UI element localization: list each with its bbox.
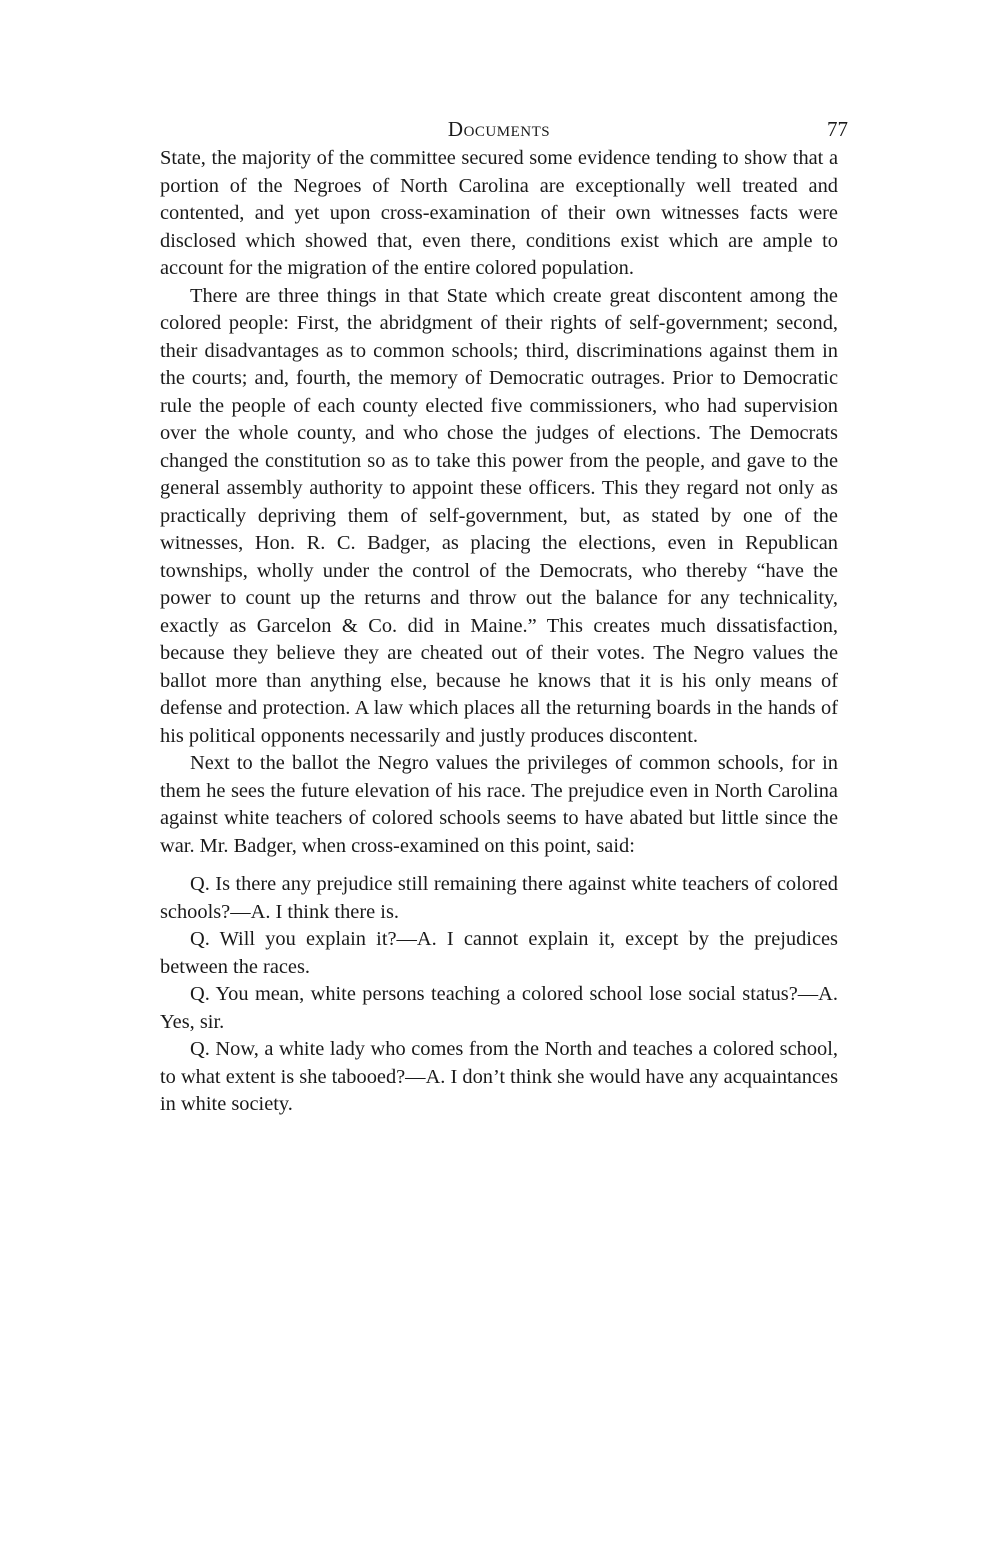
- testimony-qa-4: Q. Now, a white lady who comes from the …: [160, 1036, 838, 1119]
- testimony-block: Q. Is there any prejudice still remainin…: [160, 871, 838, 1119]
- page-number: 77: [827, 114, 848, 144]
- testimony-qa-1: Q. Is there any prejudice still remainin…: [160, 871, 838, 926]
- paragraph-2: There are three things in that State whi…: [160, 283, 838, 751]
- testimony-qa-3: Q. You mean, white persons teaching a co…: [160, 981, 838, 1036]
- body-text: State, the majority of the committee sec…: [160, 145, 838, 1119]
- running-title: Documents: [160, 114, 838, 144]
- paragraph-1: State, the majority of the committee sec…: [160, 145, 838, 283]
- running-head: Documents 77: [160, 114, 838, 144]
- testimony-qa-2: Q. Will you explain it?—A. I cannot expl…: [160, 926, 838, 981]
- paragraph-3: Next to the ballot the Negro values the …: [160, 750, 838, 860]
